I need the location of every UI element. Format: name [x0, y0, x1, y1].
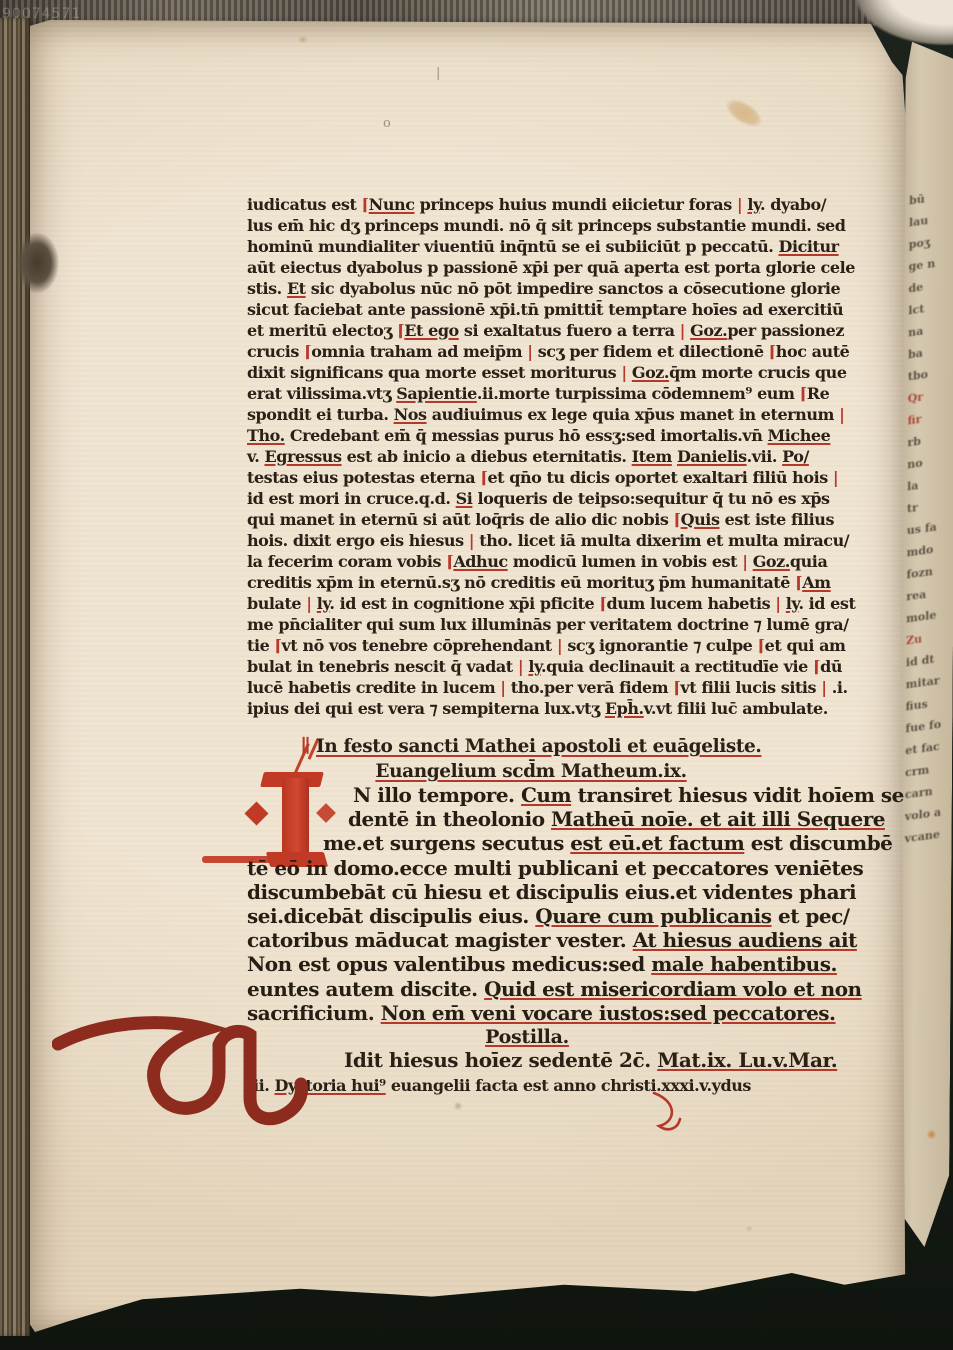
fore-edge-fragment: us fa — [907, 520, 943, 538]
text-line: testas eius potestas eterna ⌈et qn̄o tu … — [247, 467, 822, 488]
text-segment: Credebant em̄ q̄ messias purus hō essʒ:s… — [285, 426, 768, 445]
text-segment: Et — [287, 279, 306, 298]
text-segment: creditis xp̄m in eternū.sʒ nō creditis e… — [247, 573, 795, 592]
text-segment: vt filii lucis sitis — [680, 678, 821, 697]
fore-edge-fragment: fir — [908, 410, 944, 428]
text-segment: et pec/ — [772, 904, 850, 928]
text-segment: | — [833, 468, 838, 487]
text-segment: est discumbē — [744, 831, 892, 855]
text-segment: ⌈ — [362, 195, 369, 214]
text-segment: v.vt filii luc̄ ambulate. — [644, 699, 828, 718]
text-segment: .quia declinauit a rectitudīe vie — [541, 657, 813, 676]
text-line: ipius dei qui est vera ⁊ sempiterna lux.… — [247, 698, 822, 719]
text-segment: bulat in tenebris nescit q̄ vadat — [247, 657, 518, 676]
text-segment: .vii. — [747, 447, 782, 466]
fore-edge-fragment: de — [908, 278, 944, 296]
text-segment: catoribus māducat magister vester. — [247, 928, 633, 952]
text-segment: et meritū electoʒ — [247, 321, 397, 340]
text-segment: .i. — [832, 678, 848, 697]
text-segment: loqueris de teipso:sequitur q̄ tu nō es … — [472, 489, 829, 508]
text-line: stis. Et sic dyabolus nūc nō pōt impedir… — [247, 278, 822, 299]
gospel-block: N illo tempore. Cum transiret hiesus vid… — [247, 783, 822, 1025]
text-segment: | — [500, 678, 511, 697]
ink-mark: o — [383, 116, 391, 131]
text-line: la fecerim coram vobis ⌈Adhuc modicū lum… — [247, 551, 822, 572]
fore-edge-fragment: lau — [909, 212, 945, 230]
text-segment: | — [821, 678, 832, 697]
text-line: dixit significans qua morte esset moritu… — [247, 362, 822, 383]
text-segment: bulate — [247, 594, 306, 613]
ink-mark: | — [436, 66, 440, 81]
text-line: lucē habetis credite in lucem | tho.per … — [247, 677, 822, 698]
text-segment: aūt eiectus dyabolus p passionē xp̄i per… — [247, 258, 855, 277]
text-segment: stis. — [247, 279, 287, 298]
text-segment: Tho. — [247, 426, 285, 445]
text-line: aūt eiectus dyabolus p passionē xp̄i per… — [247, 257, 822, 278]
text-segment: lucē habetis credite in lucem — [247, 678, 500, 697]
text-line: catoribus māducat magister vester. At hi… — [247, 928, 822, 952]
text-segment: | — [680, 321, 691, 340]
text-segment: | — [306, 594, 317, 613]
text-segment: erat vilissima.vtʒ — [247, 384, 396, 403]
text-line: N illo tempore. Cum transiret hiesus vid… — [247, 783, 822, 807]
text-segment: ⌈ — [769, 342, 776, 361]
commentary-block: iudicatus est ⌈Nunc princeps huius mundi… — [247, 194, 822, 719]
text-segment: tie — [247, 636, 274, 655]
text-segment: Sapientie — [396, 384, 477, 403]
text-segment: dū — [820, 657, 842, 676]
fore-edge-fragment: rb — [907, 432, 943, 450]
fore-edge-fragment: tr — [907, 498, 943, 516]
text-segment: Quid est misericordiam volo et non — [484, 977, 862, 1001]
text-segment: | — [839, 405, 844, 424]
fore-edge-fragment: Zu — [906, 630, 942, 648]
text-segment: v. — [247, 447, 264, 466]
text-segment: Et ego — [404, 321, 459, 340]
text-line: euntes autem discite. Quid est misericor… — [247, 977, 822, 1001]
fore-edge-fragment: volo a — [905, 806, 941, 824]
text-segment: princeps huius mundi eiicietur foras — [415, 195, 737, 214]
text-segment: ⌈ — [674, 510, 681, 529]
text-segment: Euangelium scd̄m Matheum.ix. — [375, 761, 686, 782]
text-segment: euangelii facta est anno christi.xxxi.v.… — [386, 1076, 751, 1095]
text-line: v. Egressus est ab inicio a diebus etern… — [247, 446, 822, 467]
text-segment: Nos — [394, 405, 427, 424]
text-segment: | — [742, 552, 753, 571]
text-segment: lus em̄ hic dʒ princeps mundi. nō q̄ sit… — [247, 216, 846, 235]
text-segment: Non est opus valentibus medicus:sed — [247, 952, 651, 976]
text-segment: id est mori in cruce.q.d. — [247, 489, 456, 508]
text-segment: me.et surgens secutus — [323, 831, 570, 855]
text-segment: ∥ — [301, 736, 316, 757]
text-segment: dentē in theolonio — [348, 807, 551, 831]
fore-edge-fragment: vcane — [905, 828, 941, 846]
text-segment: | — [469, 531, 480, 550]
text-segment: Adhuc — [453, 552, 507, 571]
text-line: erat vilissima.vtʒ Sapientie.ii.morte tu… — [247, 383, 822, 404]
fore-edge-fragment: carn — [905, 784, 941, 802]
text-line: spondit ei turba. Nos audiuimus ex lege … — [247, 404, 822, 425]
fore-edge-fragment: na — [908, 322, 944, 340]
text-segment: . dyabo/ — [760, 195, 826, 214]
text-segment: In festo sancti Mathei apostoli et euāge… — [316, 736, 761, 757]
text-segment: | — [518, 657, 529, 676]
text-segment: dum lucem habetis — [607, 594, 776, 613]
text-line: me.et surgens secutus est eū.et factum e… — [247, 831, 822, 855]
text-segment: ly — [747, 195, 760, 214]
fore-edge-fragment: Qr — [908, 388, 944, 406]
ink-blot — [6, 220, 68, 306]
initial-V — [52, 1012, 342, 1137]
text-line: bulat in tenebris nescit q̄ vadat | ly.q… — [247, 656, 822, 677]
text-segment: est eū.et factum — [570, 831, 744, 855]
text-line: Non est opus valentibus medicus:sed male… — [247, 952, 822, 976]
text-segment: testas eius potestas eterna — [247, 468, 480, 487]
text-segment: Quare cum publicanis — [535, 904, 771, 928]
text-segment: crucis — [247, 342, 304, 361]
text-segment: est iste filius — [720, 510, 835, 529]
page-stack-edge — [0, 18, 30, 1336]
text-segment: hominū mundialiter viuentiū inq̄ntū se e… — [247, 237, 779, 256]
text-segment: quia — [790, 552, 827, 571]
text-line: sei.dicebāt discipulis eius. Quare cum p… — [247, 904, 822, 928]
text-segment: Si — [456, 489, 473, 508]
text-segment: Po/ — [782, 447, 809, 466]
text-line: dentē in theolonio Matheū noīe. et ait i… — [247, 807, 822, 831]
text-line: id est mori in cruce.q.d. Si loqueris de… — [247, 488, 822, 509]
text-segment: la fecerim coram vobis — [247, 552, 446, 571]
text-segment: audiuimus ex lege quia xp̄us manet in et… — [427, 405, 840, 424]
text-segment: ⌈ — [758, 636, 765, 655]
stain — [925, 1128, 938, 1141]
text-segment: Postilla. — [485, 1026, 569, 1048]
stain — [296, 34, 310, 45]
book-photo: 90074571 būlaupoʒge ndelctnabatboQrfirrb… — [0, 0, 953, 1350]
fore-edge-fragment: tbo — [908, 366, 944, 384]
text-segment: iudicatus est — [247, 195, 362, 214]
text-segment: . id est in cognitione xp̄i pficite — [329, 594, 599, 613]
text-segment: tho.per verā fidem — [511, 678, 673, 697]
fore-edge-fragment: poʒ — [909, 234, 945, 252]
text-segment: Matheū noīe. et ait illi Sequere — [551, 807, 885, 831]
text-segment: dixit significans qua morte esset moritu… — [247, 363, 621, 382]
text-segment: | — [557, 636, 568, 655]
text-line: crucis ⌈omnia traham ad meip̄m | scʒ per… — [247, 341, 822, 362]
text-segment: ly — [786, 594, 799, 613]
text-line: me pn̄cialiter qui sum lux illuminās per… — [247, 614, 822, 635]
text-segment: vt nō vos tenebre cōprehendant — [282, 636, 557, 655]
text-segment: transiret hiesus vidit hoīem se — [571, 783, 904, 807]
text-segment: ⌈ — [800, 384, 807, 403]
text-line: et meritū electoʒ ⌈Et ego si exaltatus f… — [247, 320, 822, 341]
text-segment: Mat.ix. Lu.v.Mar. — [657, 1048, 837, 1072]
text-segment: est ab inicio a diebus eternitatis. — [342, 447, 632, 466]
text-segment: | — [737, 195, 748, 214]
text-line: discumbebāt cū hiesu et discipulis eius.… — [247, 880, 822, 904]
stain — [744, 1224, 754, 1233]
text-segment: qui manet in eternū si aūt loq̄ris de al… — [247, 510, 674, 529]
text-segment: tho. licet iā multa dixerim et multa mir… — [479, 531, 849, 550]
text-segment: Danielis — [677, 447, 747, 466]
text-line: tie ⌈vt nō vos tenebre cōprehendant | sc… — [247, 635, 822, 656]
text-segment: ⌈ — [274, 636, 281, 655]
ink-flourish — [650, 1090, 684, 1140]
text-segment: Idit hiesus hoīez sedentē 2c̄. — [344, 1048, 657, 1072]
fore-edge-fragment: fius — [906, 696, 942, 714]
postilla-label: Postilla. — [287, 1026, 767, 1048]
text-segment: Goz. — [632, 363, 669, 382]
fore-edge-fragment: crm — [905, 762, 941, 780]
text-segment: At hiesus audiens ait — [633, 928, 857, 952]
text-line: hois. dixit ergo eis hiesus | tho. licet… — [247, 530, 822, 551]
text-segment: sicut faciebat ante passionē xp̄i.tn̄ pm… — [247, 300, 843, 319]
text-segment: si exaltatus fuero a terra — [459, 321, 680, 340]
text-segment: ly — [317, 594, 330, 613]
text-segment: tē eō in domo.ecce multi publicani et pe… — [247, 856, 863, 880]
fore-edge-fragment: mdo — [907, 542, 943, 560]
text-segment: ⌈ — [599, 594, 606, 613]
text-segment: per passionez — [727, 321, 844, 340]
fore-edge-fragment: id dt — [906, 652, 942, 670]
text-segment: Michee — [768, 426, 831, 445]
text-segment: et qn̄o tu dicis oportet exaltari filiū … — [487, 468, 832, 487]
text-line: hominū mundialiter viuentiū inq̄ntū se e… — [247, 236, 822, 257]
fore-edge-fragment: fozn — [906, 564, 942, 582]
fore-edge-fragment: mitar — [906, 674, 942, 692]
text-segment: sic dyabolus nūc nō pōt impedire sanctos… — [306, 279, 841, 298]
text-segment: Nunc — [369, 195, 415, 214]
text-segment: scʒ per fidem et dilectionē — [538, 342, 769, 361]
text-segment: modicū lumen in vobis est — [508, 552, 743, 571]
fore-edge-fragment: no — [907, 454, 943, 472]
text-segment: omnia traham ad meip̄m — [311, 342, 527, 361]
text-segment: Item — [632, 447, 672, 466]
heading-line: ∥ In festo sancti Mathei apostoli et euā… — [247, 734, 815, 759]
text-segment: spondit ei turba. — [247, 405, 394, 424]
text-segment: Egressus — [264, 447, 341, 466]
text-line: iudicatus est ⌈Nunc princeps huius mundi… — [247, 194, 822, 215]
text-segment: Am — [802, 573, 830, 592]
text-segment: Cum — [521, 783, 571, 807]
text-segment: et qui am — [765, 636, 846, 655]
text-segment: N illo tempore. — [353, 783, 521, 807]
text-segment: . id est — [798, 594, 855, 613]
text-segment: Re — [807, 384, 830, 403]
fore-edge-fragment: et fac — [905, 740, 941, 758]
fore-edge-fragment: fue fo — [905, 718, 941, 736]
text-segment: q̄m morte crucis que — [669, 363, 847, 382]
text-segment: Dicitur — [779, 237, 839, 256]
fore-edge-fragment: mole — [906, 608, 942, 626]
fore-edge-fragment: lct — [908, 300, 944, 318]
text-segment: scʒ ignorantie ⁊ culpe — [567, 636, 757, 655]
text-segment: | — [527, 342, 538, 361]
text-segment: hoc autē — [776, 342, 850, 361]
text-segment: .ii.morte turpissima cōdemnem⁹ eum — [477, 384, 800, 403]
text-line: bulate | ly. id est in cognitione xp̄i p… — [247, 593, 822, 614]
fore-edge-fragment: ge n — [909, 256, 945, 274]
text-segment: discumbebāt cū hiesu et discipulis eius.… — [247, 880, 856, 904]
text-line: Tho. Credebant em̄ q̄ messias purus hō e… — [247, 425, 822, 446]
text-line: sicut faciebat ante passionē xp̄i.tn̄ pm… — [247, 299, 822, 320]
text-segment: sei.dicebāt discipulis eius. — [247, 904, 535, 928]
fore-edge-fragment: rea — [906, 586, 942, 604]
text-segment: euntes autem discite. — [247, 977, 484, 1001]
text-segment: | — [775, 594, 786, 613]
fore-edge-fragment: la — [907, 476, 943, 494]
text-segment: | — [621, 363, 632, 382]
text-segment: me pn̄cialiter qui sum lux illuminās per… — [247, 615, 849, 634]
text-line: tē eō in domo.ecce multi publicani et pe… — [247, 856, 822, 880]
text-segment: ipius dei qui est vera ⁊ sempiterna lux.… — [247, 699, 605, 718]
text-segment: Goz. — [753, 552, 790, 571]
text-segment: Goz. — [690, 321, 727, 340]
text-segment: ly — [528, 657, 541, 676]
text-line: creditis xp̄m in eternū.sʒ nō creditis e… — [247, 572, 822, 593]
fore-edge-fragment: bū — [909, 190, 945, 208]
text-segment: hois. dixit ergo eis hiesus — [247, 531, 469, 550]
text-segment: Quis — [681, 510, 720, 529]
stain — [452, 1100, 464, 1112]
text-segment: male habentibus. — [651, 952, 837, 976]
fore-edge-text: būlaupoʒge ndelctnabatboQrfirrbnolatrus … — [905, 190, 946, 846]
text-line: lus em̄ hic dʒ princeps mundi. nō q̄ sit… — [247, 215, 822, 236]
fore-edge-fragment: ba — [908, 344, 944, 362]
text-segment: Eph̄. — [605, 699, 644, 718]
text-line: qui manet in eternū si aūt loq̄ris de al… — [247, 509, 822, 530]
text-segment: Non em̄ veni vocare iustos:sed peccatore… — [381, 1001, 836, 1025]
